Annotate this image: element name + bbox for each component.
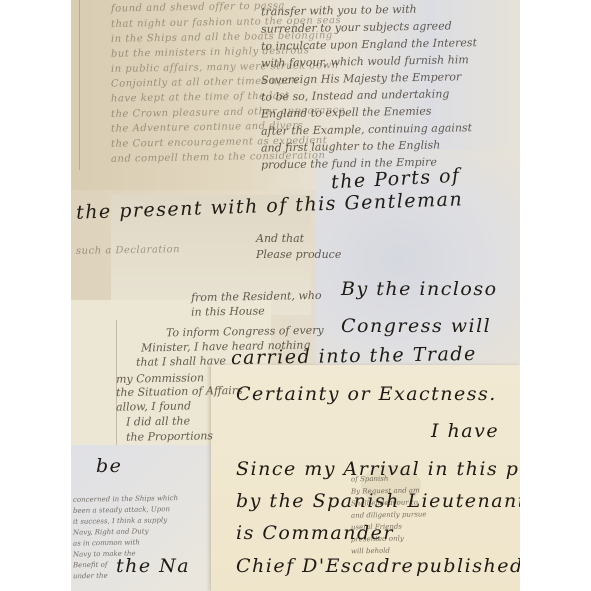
letter-line: carried into the Trade — [231, 343, 477, 369]
background-handwriting-line: and first laughter to the English — [261, 138, 440, 154]
background-handwriting-line: Sovereign His Majesty the Emperor — [261, 70, 461, 86]
handwriting-line: the Proportions — [126, 429, 213, 444]
letter-line: Chief D'Escadre — [236, 555, 414, 577]
handwriting-line: in this House — [191, 304, 265, 318]
note-line: Shall endeavour to — [351, 498, 418, 507]
handwriting-line: And that — [256, 232, 304, 245]
letter-line: Congress will — [341, 315, 491, 337]
fragment-line: been a steady attack, Upon — [73, 505, 170, 515]
handwriting-line: the Situation of Affairs — [116, 384, 243, 399]
handwriting-line: such a Declaration — [76, 244, 180, 257]
note-line: useful Friends — [351, 523, 402, 532]
letter-line: published by the — [416, 555, 520, 577]
handwriting-line: allow, I found — [116, 399, 191, 413]
note-line: will behold — [351, 547, 390, 556]
handwriting-line: from the Resident, who — [191, 289, 322, 304]
handwriting-line: To inform Congress of every — [166, 324, 324, 340]
letter-line: By the incloso — [341, 278, 498, 300]
letter-line: I have — [431, 420, 499, 442]
background-handwriting-line: after the Example, continuing against — [261, 121, 472, 138]
fragment-line: the Na — [116, 555, 190, 577]
background-handwriting-line: surrender to your subjects agreed — [261, 19, 452, 35]
note-line: of Spanish — [351, 475, 388, 484]
background-handwriting-line: found and shewd offer to passa — [111, 0, 285, 14]
background-handwriting-line: with favour, which would furnish him — [261, 53, 469, 70]
fragment-line: concerned in the Ships which — [73, 494, 178, 504]
fragment-line: under the — [73, 572, 108, 581]
note-line: By Request and am — [351, 486, 420, 495]
fragment-line: be — [96, 455, 122, 477]
handwriting-line: that I shall have — [136, 354, 226, 369]
background-handwriting-line: to be so, Instead and undertaking — [261, 87, 450, 103]
handwriting-line: the present with of this Gentleman — [76, 188, 464, 224]
fragment-line: it success, I think a supply — [73, 516, 167, 526]
fragment-line: as in common with — [73, 538, 140, 547]
manuscript-collage: found and shewd offer to passathat night… — [71, 0, 520, 591]
handwriting-line: Please produce — [256, 248, 341, 261]
background-handwriting-line: transfer with you to be with — [261, 3, 417, 19]
letter-line: Certainty or Exactness. — [236, 383, 497, 405]
background-handwriting-line: to inculcate upon England the Interest — [261, 36, 477, 53]
handwriting-line: I did all the — [126, 414, 190, 428]
note-line: presented only — [351, 535, 404, 544]
fragment-line: Benefit of — [73, 561, 108, 570]
handwriting-line: my Commission — [116, 371, 204, 386]
note-line: and diligently pursue — [351, 510, 427, 519]
background-handwriting-line: England to expell the Enemies — [261, 105, 432, 121]
fragment-line: Navy, Right and Duty — [73, 527, 149, 536]
